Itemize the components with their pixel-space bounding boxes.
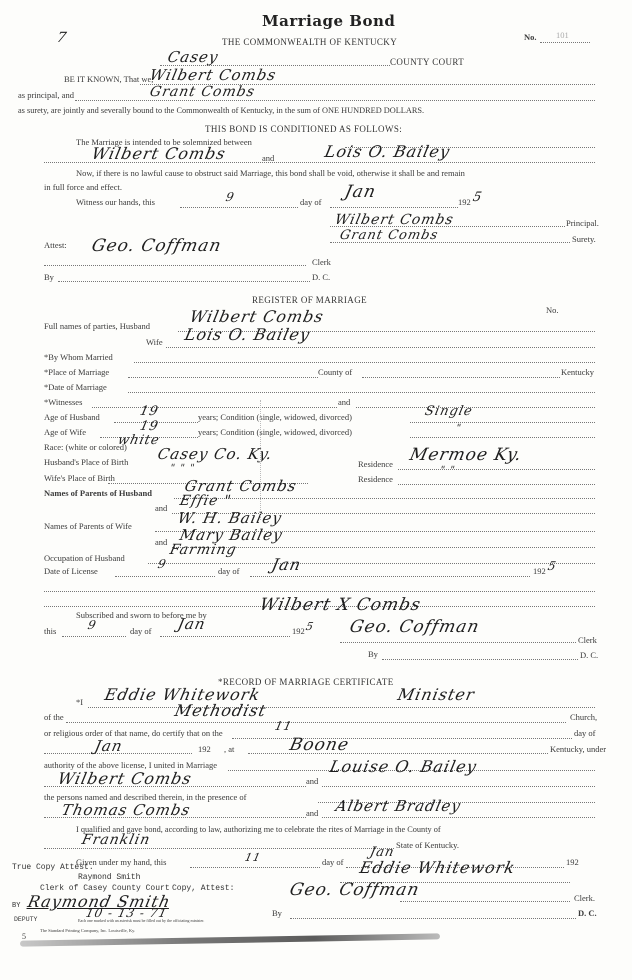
surety-label: Surety. xyxy=(572,234,596,244)
day-of-label: day of xyxy=(300,197,321,207)
husband-birth: Casey Co. Ky. xyxy=(156,445,274,463)
witness-month: Jan xyxy=(343,182,378,202)
wife-birth-label: Wife's Place of Birth xyxy=(44,473,115,483)
void-clause-2: in full force and effect. xyxy=(44,182,122,192)
certificate-clerk-signature: Geo. Coffman xyxy=(288,880,422,900)
wife-birth: " " " xyxy=(169,463,196,474)
occupation-value: Farming xyxy=(168,542,238,558)
kentucky-under-label: Kentucky, under xyxy=(550,744,606,754)
register-dc-label: D. C. xyxy=(580,650,598,660)
wife-name: Lois O. Bailey xyxy=(183,325,312,344)
age-husband-label: Age of Husband xyxy=(44,412,100,422)
attest-signature: Geo. Coffman xyxy=(90,236,224,256)
county-of-label: County of xyxy=(318,367,352,377)
witness-label: Witness our hands, this xyxy=(76,197,155,207)
occupation-label: Occupation of Husband xyxy=(44,553,125,563)
page-mark: 7 xyxy=(55,30,68,46)
bond-number-label: No. xyxy=(524,32,537,42)
sworn-day-of: day of xyxy=(130,626,151,636)
years-condition-label-1: years; Condition (single, widowed, divor… xyxy=(198,412,352,422)
certificate-by-label: By xyxy=(272,908,282,918)
sworn-day: 9 xyxy=(87,618,99,632)
qualified-county: Franklin xyxy=(80,832,152,848)
license-day: 9 xyxy=(157,557,169,571)
wife-mother-and: and xyxy=(155,537,167,547)
at-label: , at xyxy=(224,744,234,754)
certificate-day: 11 xyxy=(274,719,294,733)
certificate-and-1: and xyxy=(306,776,318,786)
full-names-label: Full names of parties, Husband xyxy=(44,321,150,331)
witness-year: 5 xyxy=(471,190,483,205)
race-value: white xyxy=(116,433,161,448)
husband-birth-label: Husband's Place of Birth xyxy=(44,457,128,467)
husband-residence: Mermoe Ky. xyxy=(408,445,524,465)
stamp-line-2: Raymond Smith xyxy=(78,873,140,882)
husband-residence-label: Residence xyxy=(358,459,393,469)
register-clerk-label: Clerk xyxy=(578,635,597,645)
officiant-title: Minister xyxy=(396,685,477,704)
by-label: By xyxy=(44,272,54,282)
kentucky-label: Kentucky xyxy=(561,367,594,377)
husband-name: Wilbert Combs xyxy=(188,307,326,326)
age-wife-label: Age of Wife xyxy=(44,427,86,437)
principal-label: Principal. xyxy=(566,218,599,228)
state-label: State of Kentucky. xyxy=(396,840,459,850)
footnote-1: Each one marked with an asterisk must be… xyxy=(78,918,204,923)
surety-clause: as surety, are jointly and severally bou… xyxy=(18,106,424,115)
certificate-day-of: day of xyxy=(574,728,595,738)
certificate-month: Jan xyxy=(93,737,124,755)
i-label: *I xyxy=(76,697,83,707)
fold-line xyxy=(260,400,261,520)
clerk-label: Clerk xyxy=(312,257,331,267)
and-label: and xyxy=(262,153,274,163)
witnesses-label: *Witnesses xyxy=(44,397,82,407)
commonwealth-heading: THE COMMONWEALTH OF KENTUCKY xyxy=(222,37,397,47)
certificate-year-prefix: 192 xyxy=(198,744,211,754)
license-day-of: day of xyxy=(218,566,239,576)
date-label: *Date of Marriage xyxy=(44,382,107,392)
certificate-groom: Wilbert Combs xyxy=(56,769,194,788)
witness-2: Albert Bradley xyxy=(334,797,463,815)
be-it-known-label: BE IT KNOWN, That we, xyxy=(64,74,153,84)
certificate-dc-label: D. C. xyxy=(578,908,597,918)
as-principal-label: as principal, and xyxy=(18,90,74,100)
wife-father: W. H. Bailey xyxy=(176,509,284,527)
certificate-bride: Louise O. Bailey xyxy=(328,757,479,776)
stamp-line-3b: Copy, Attest: xyxy=(172,884,234,893)
subscribed-by: Wilbert X Combs xyxy=(258,595,423,615)
stamp-by: BY xyxy=(12,902,20,910)
by-whom-label: *By Whom Married xyxy=(44,352,113,362)
religious-clause: or religious order of that name, do cert… xyxy=(44,728,223,738)
place-label: *Place of Marriage xyxy=(44,367,109,377)
license-label: Date of License xyxy=(44,566,98,576)
marriage-bond-section: Marriage Bond 7 No. 101 THE COMMONWEALTH… xyxy=(0,0,632,280)
groom-name-bond: Wilbert Combs xyxy=(90,144,228,163)
certificate-section: *RECORD OF MARRIAGE CERTIFICATE *I Eddie… xyxy=(0,665,632,875)
certificate-and-2: and xyxy=(306,808,318,818)
church-name: Methodist xyxy=(173,701,268,720)
wife-label: Wife xyxy=(146,337,163,347)
wife-condition: " xyxy=(455,423,463,434)
given-day-of: day of xyxy=(322,857,343,867)
sworn-year: 5 xyxy=(305,620,316,633)
husband-mother-and: and xyxy=(155,503,167,513)
officiant-signature: Eddie Whitework xyxy=(358,858,517,877)
register-heading: REGISTER OF MARRIAGE xyxy=(252,295,367,305)
stamp-deputy: DEPUTY xyxy=(14,916,37,923)
husband-mother: Effie " xyxy=(178,493,233,509)
register-section: REGISTER OF MARRIAGE No. Full names of p… xyxy=(0,285,632,665)
conditioned-heading: THIS BOND IS CONDITIONED AS FOLLOWS: xyxy=(205,124,402,134)
register-number-label: No. xyxy=(546,305,559,315)
void-clause: Now, if there is no lawful cause to obst… xyxy=(76,168,465,178)
parents-wife-label: Names of Parents of Wife xyxy=(44,521,132,531)
true-copy-stamp: True Copy Attest. Raymond Smith Clerk of… xyxy=(0,860,260,940)
license-year: 5 xyxy=(547,559,559,573)
given-year-prefix: 192 xyxy=(566,857,579,867)
husband-condition: Single xyxy=(423,404,474,419)
age-husband: 19 xyxy=(138,404,160,419)
dc-label: D. C. xyxy=(312,272,330,282)
of-the-label: of the xyxy=(44,712,64,722)
county-court-label: COUNTY COURT xyxy=(390,57,464,67)
certificate-clerk-label: Clerk. xyxy=(574,893,595,903)
footnote-2: The Standard Printing Company, Inc. Loui… xyxy=(40,928,135,933)
certificate-place: Boone xyxy=(288,735,351,755)
bride-name-bond: Lois O. Bailey xyxy=(323,142,452,161)
principal-name: Wilbert Combs xyxy=(148,66,278,84)
this-label: this xyxy=(44,626,56,636)
church-label: Church, xyxy=(570,712,597,722)
bond-number-value: 101 xyxy=(556,30,569,40)
age-wife: 19 xyxy=(138,419,160,434)
surety-name: Grant Combs xyxy=(148,84,256,100)
attest-label: Attest: xyxy=(44,240,67,250)
principal-signature: Wilbert Combs xyxy=(333,212,455,228)
license-year-prefix: 192 xyxy=(533,566,546,576)
stamp-line-1: True Copy Attest. xyxy=(12,863,94,872)
witness-day: 9 xyxy=(225,190,237,204)
surety-signature: Grant Combs xyxy=(338,228,439,243)
year-prefix: 192 xyxy=(458,197,471,207)
race-label: Race: (white or colored) xyxy=(44,442,127,452)
witness-1: Thomas Combs xyxy=(60,801,192,819)
years-condition-label-2: years; Condition (single, widowed, divor… xyxy=(198,427,352,437)
sworn-month: Jan xyxy=(176,615,207,633)
county-written: Casey xyxy=(166,48,220,66)
sworn-year-prefix: 192 xyxy=(292,626,305,636)
register-clerk-signature: Geo. Coffman xyxy=(348,617,482,637)
witnesses-and: and xyxy=(338,397,350,407)
license-month: Jan xyxy=(270,555,303,574)
register-by-label: By xyxy=(368,649,378,659)
parents-husband-label: Names of Parents of Husband xyxy=(44,488,152,498)
document-title: Marriage Bond xyxy=(262,12,395,30)
wife-residence-label: Residence xyxy=(358,474,393,484)
wife-residence: " " xyxy=(439,465,457,476)
